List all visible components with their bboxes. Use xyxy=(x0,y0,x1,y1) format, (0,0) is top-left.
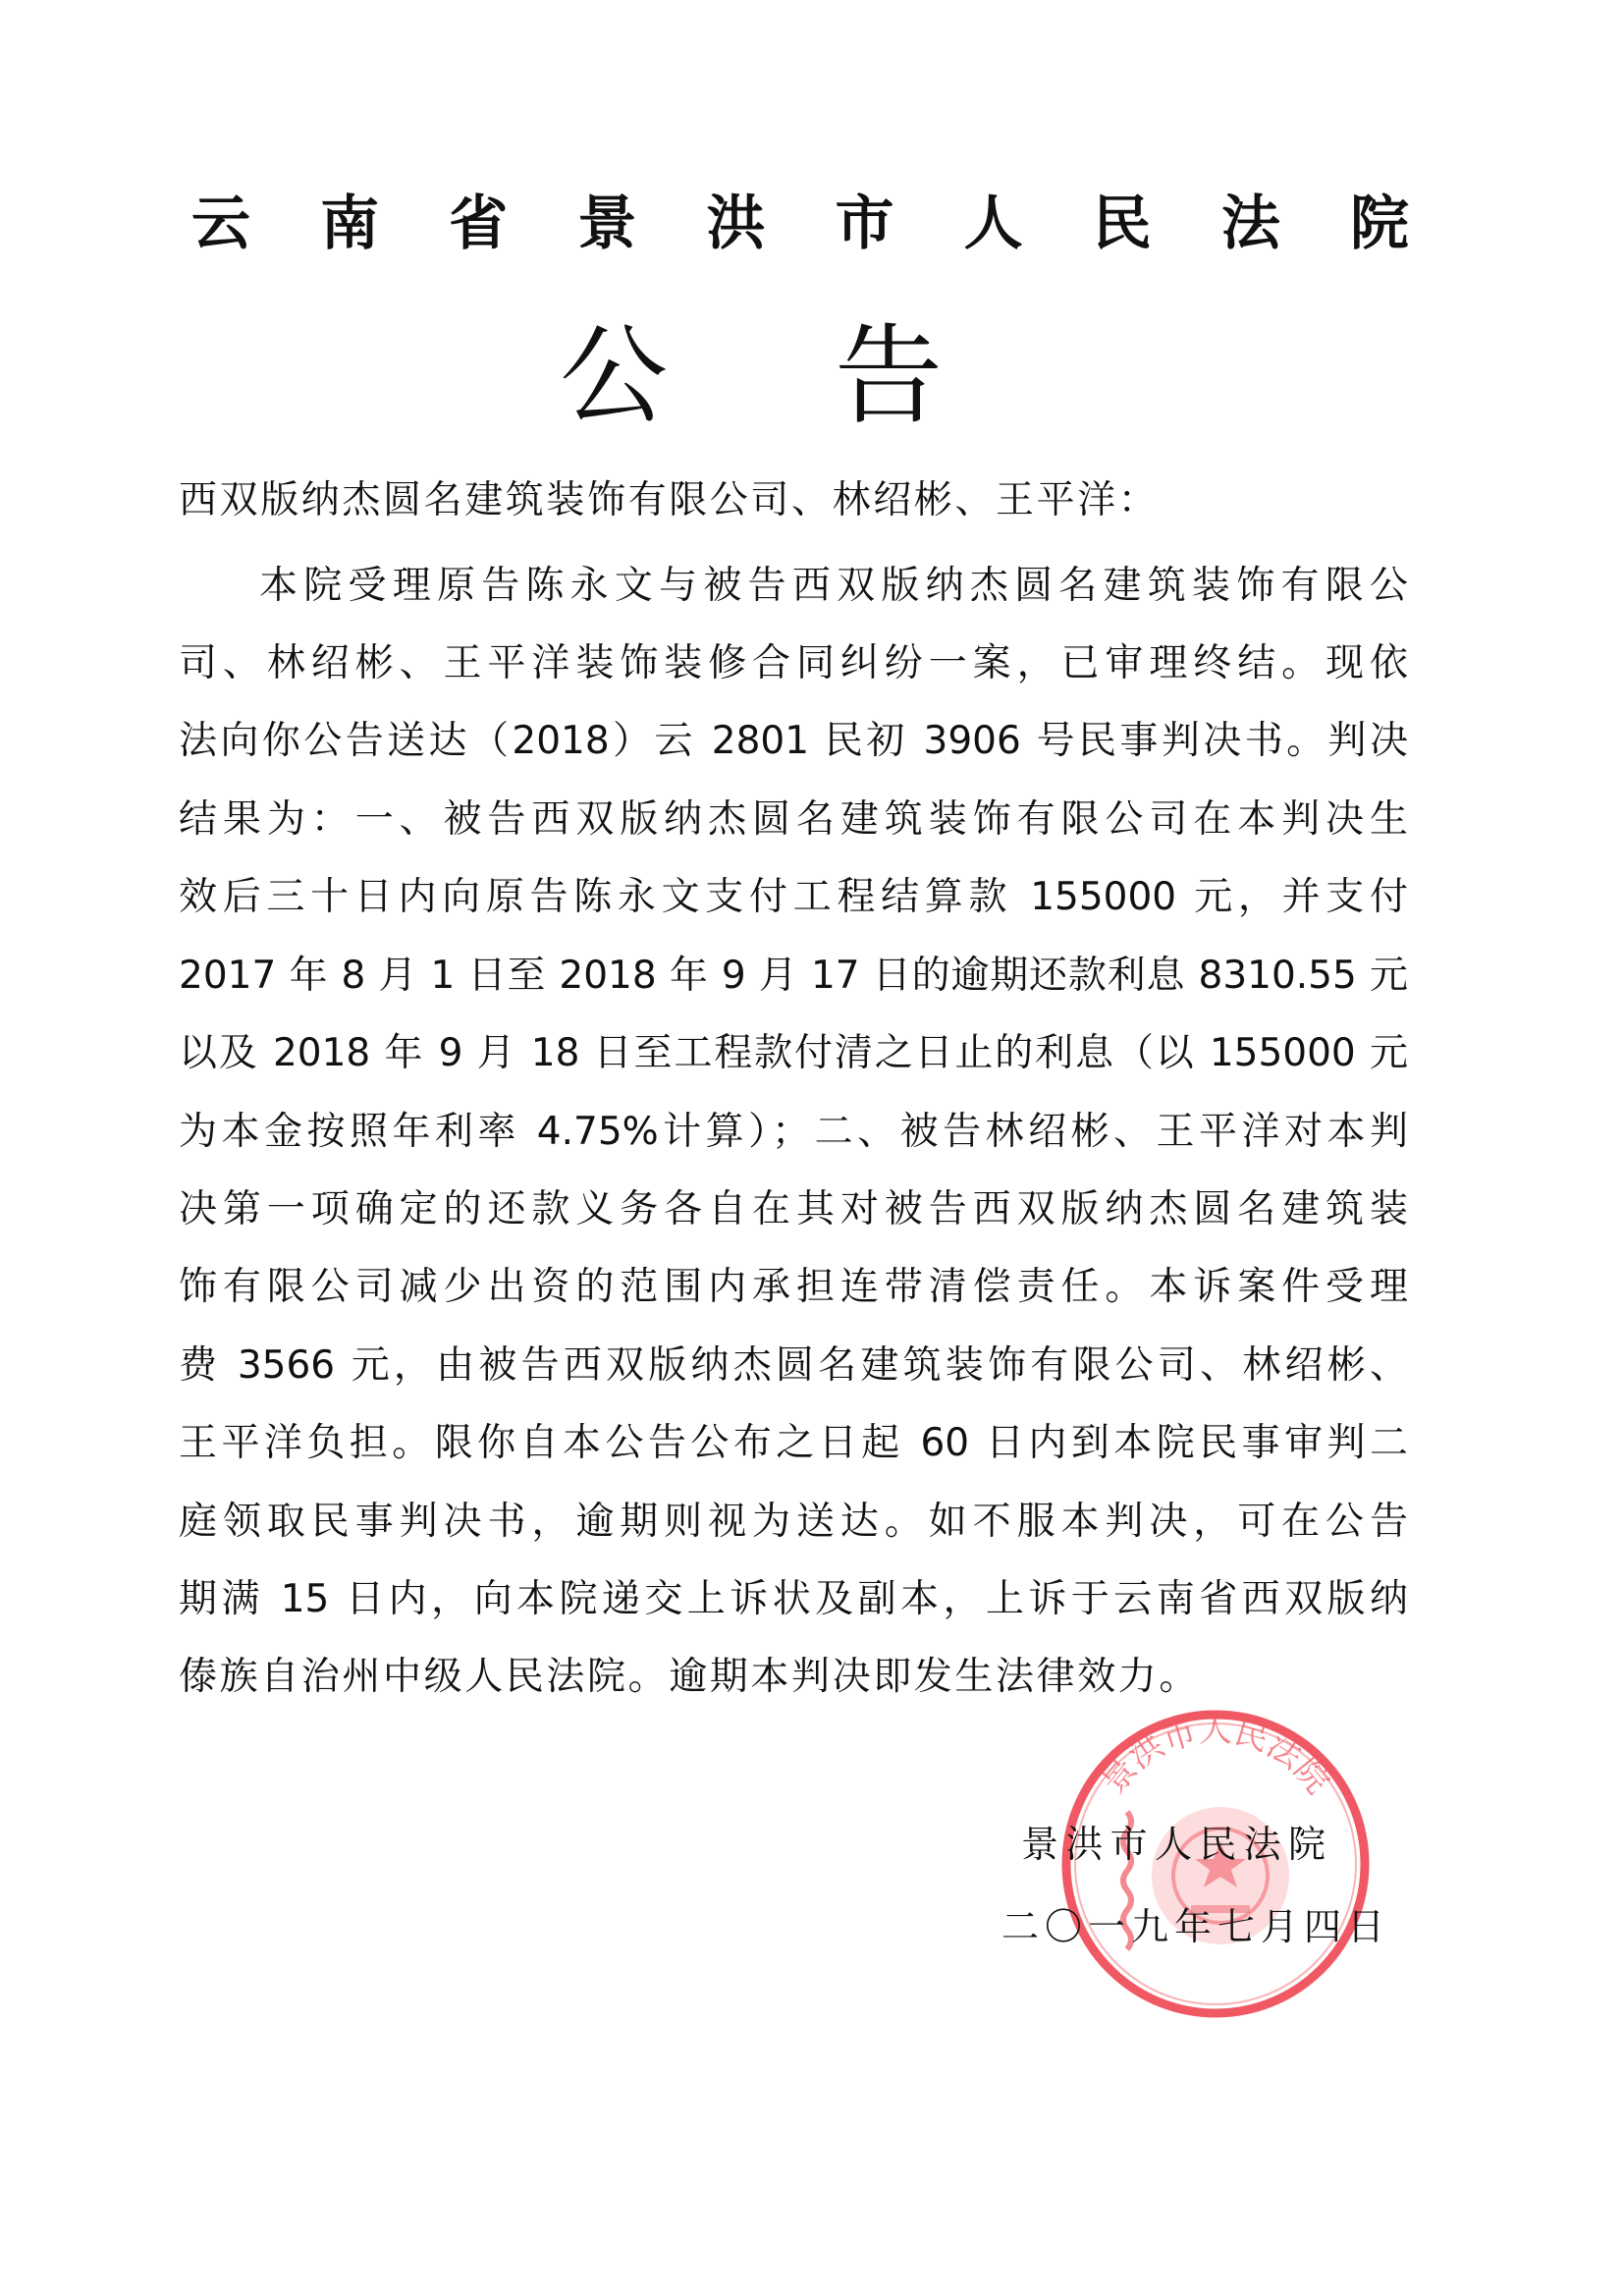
court-name-char: 人 xyxy=(959,185,1028,263)
court-name-char: 洪 xyxy=(701,185,770,263)
document-title: 公 告 xyxy=(560,312,943,440)
body-line: 结果为：一、被告西双版纳杰圆名建筑装饰有限公司在本判决生 xyxy=(179,796,1408,844)
court-name-char: 民 xyxy=(1088,185,1157,263)
svg-text:景洪市人民法院: 景洪市人民法院 xyxy=(1094,1711,1337,1801)
body-line: 法向你公告送达（2018）云 2801 民初 3906 号民事判决书。判决 xyxy=(179,718,1408,765)
title-char: 公 xyxy=(560,312,668,440)
body-line: 傣族自治州中级人民法院。逾期本判决即发生法律效力。 xyxy=(179,1654,1408,1701)
court-name-char: 南 xyxy=(315,185,384,263)
body-line: 王平洋负担。限你自本公告公布之日起 60 日内到本院民事审判二 xyxy=(179,1420,1408,1467)
court-name-char: 云 xyxy=(187,185,255,263)
body-line: 决第一项确定的还款义务各自在其对被告西双版纳杰圆名建筑装 xyxy=(179,1186,1408,1233)
body-line: 司、林绍彬、王平洋装饰装修合同纠纷一案，已审理终结。现依 xyxy=(179,640,1408,687)
court-name-char: 法 xyxy=(1217,185,1285,263)
body-line: 效后三十日内向原告陈永文支付工程结算款 155000 元，并支付 xyxy=(179,874,1408,921)
court-name-char: 景 xyxy=(572,185,641,263)
body-line: 以及 2018 年 9 月 18 日至工程款付清之日止的利息（以 155000 … xyxy=(179,1030,1408,1077)
court-name-char: 市 xyxy=(831,185,899,263)
court-name-char: 省 xyxy=(444,185,513,263)
body-line: 期满 15 日内，向本院递交上诉状及副本，上诉于云南省西双版纳 xyxy=(179,1576,1408,1623)
body-line: 2017 年 8 月 1 日至 2018 年 9 月 17 日的逾期还款利息 8… xyxy=(179,953,1408,1000)
body-line: 为本金按照年利率 4.75%计算）；二、被告林绍彬、王平洋对本判 xyxy=(179,1109,1408,1156)
body-line: 费 3566 元，由被告西双版纳杰圆名建筑装饰有限公司、林绍彬、 xyxy=(179,1342,1408,1390)
addressee-line: 西双版纳杰圆名建筑装饰有限公司、林绍彬、王平洋： xyxy=(179,477,1408,524)
body-line: 饰有限公司减少出资的范围内承担连带清偿责任。本诉案件受理 xyxy=(179,1264,1408,1311)
court-name-char: 院 xyxy=(1345,185,1414,263)
issue-date: 二〇一九年七月四日 xyxy=(1001,1903,1384,1950)
issuing-court-signature: 景洪市人民法院 xyxy=(1021,1821,1325,1868)
court-name-heading: 云 南 省 景 洪 市 人 民 法 院 xyxy=(187,185,1414,263)
body-line: 本院受理原告陈永文与被告西双版纳杰圆名建筑装饰有限公 xyxy=(259,563,1408,610)
title-char: 告 xyxy=(835,312,943,440)
body-line: 庭领取民事判决书，逾期则视为送达。如不服本判决，可在公告 xyxy=(179,1499,1408,1546)
